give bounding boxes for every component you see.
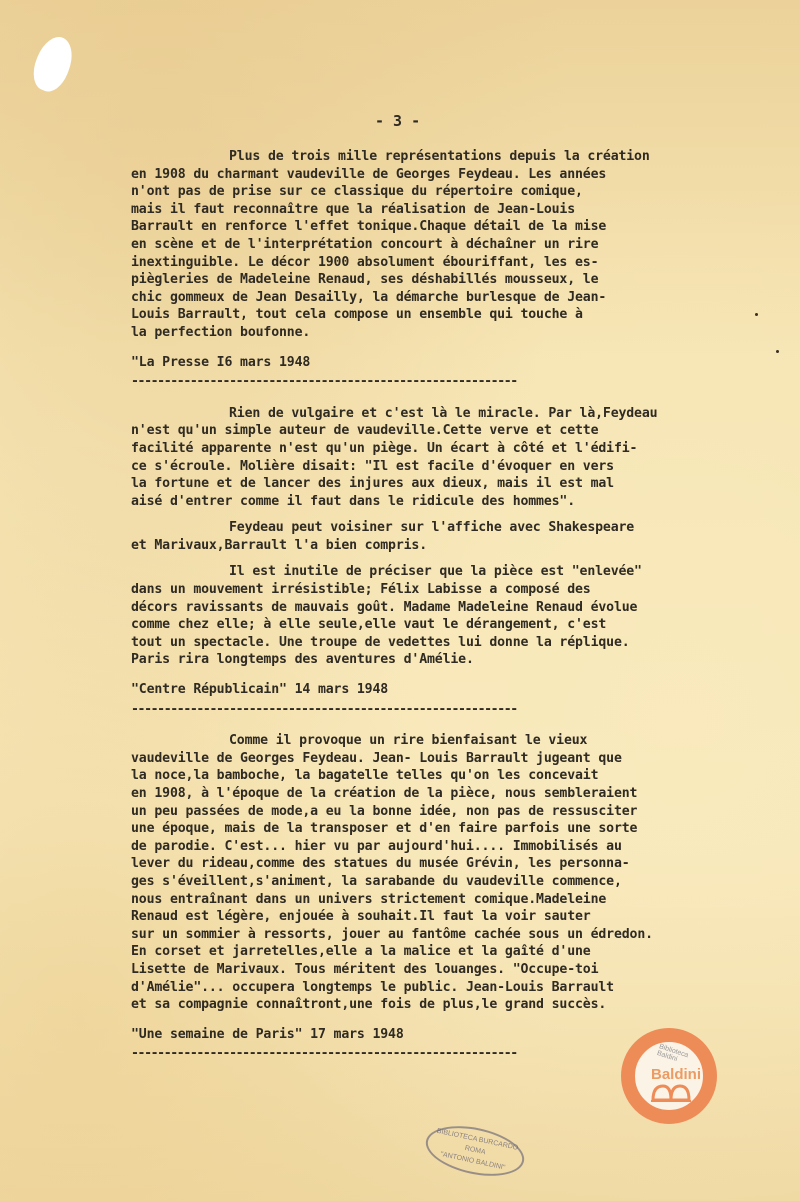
text-line: sur un sommier à ressorts, jouer au fant… bbox=[131, 926, 791, 944]
ink-speck bbox=[776, 350, 779, 353]
text-line: lever du rideau,comme des statues du mus… bbox=[131, 855, 791, 873]
text-line: Comme il provoque un rire bienfaisant le… bbox=[131, 732, 791, 750]
text-line: Lisette de Marivaux. Tous méritent des l… bbox=[131, 961, 791, 979]
text-line: la noce,la bamboche, la bagatelle telles… bbox=[131, 767, 791, 785]
text-line: la fortune et de lancer des injures aux … bbox=[131, 475, 791, 493]
text-line: vaudeville de Georges Feydeau. Jean- Lou… bbox=[131, 750, 791, 768]
text-line: Paris rira longtemps des aventures d'Amé… bbox=[131, 651, 791, 669]
text-line: la perfection boufonne. bbox=[131, 324, 791, 342]
text-line: n'ont pas de prise sur ce classique du r… bbox=[131, 183, 791, 201]
text-line: nous entraînant dans un univers strictem… bbox=[131, 891, 791, 909]
text-line: décors ravissants de mauvais goût. Madam… bbox=[131, 599, 791, 617]
text-line: Louis Barrault, tout cela compose un ens… bbox=[131, 306, 791, 324]
ink-speck bbox=[755, 313, 758, 316]
text-line: Il est inutile de préciser que la pièce … bbox=[131, 563, 791, 581]
library-oval-stamp: BIBLIOTECA BURCARDO ROMA "ANTONIO BALDIN… bbox=[421, 1118, 528, 1184]
text-line: Feydeau peut voisiner sur l'affiche avec… bbox=[131, 519, 791, 537]
text-line: Barrault en renforce l'effet tonique.Cha… bbox=[131, 218, 791, 236]
page-number: - 3 - bbox=[375, 112, 420, 130]
text-line: mais il faut reconnaître que la réalisat… bbox=[131, 201, 791, 219]
text-line: Rien de vulgaire et c'est là le miracle.… bbox=[131, 405, 791, 423]
text-line: d'Amélie"... occupera longtemps le publi… bbox=[131, 979, 791, 997]
baldini-library-logo: Biblioteca Baldini Baldini bbox=[621, 1028, 717, 1124]
text-line: en scène et de l'interprétation concourt… bbox=[131, 236, 791, 254]
text-line: facilité apparente n'est qu'un piège. Un… bbox=[131, 440, 791, 458]
text-line: piègleries de Madeleine Renaud, ses désh… bbox=[131, 271, 791, 289]
paper-hole bbox=[27, 32, 80, 97]
book-b-icon bbox=[651, 1082, 691, 1102]
separator-rule: ----------------------------------------… bbox=[131, 701, 791, 719]
text-line: inextinguible. Le décor 1900 absolument … bbox=[131, 254, 791, 272]
review-source: "La Presse I6 mars 1948 bbox=[131, 354, 791, 372]
text-line: chic gommeux de Jean Desailly, la démarc… bbox=[131, 289, 791, 307]
text-line: Plus de trois mille représentations depu… bbox=[131, 148, 791, 166]
review-la-presse: Plus de trois mille représentations depu… bbox=[131, 148, 791, 391]
text-line: de parodie. C'est... hier vu par aujourd… bbox=[131, 838, 791, 856]
text-line: un peu passées de mode,a eu la bonne idé… bbox=[131, 803, 791, 821]
document-page: - 3 - Plus de trois mille représentation… bbox=[0, 0, 800, 1201]
text-line: ce s'écroule. Molière disait: "Il est fa… bbox=[131, 458, 791, 476]
text-line: ges s'éveillent,s'animent, la sarabande … bbox=[131, 873, 791, 891]
review-une-semaine-de-paris: Comme il provoque un rire bienfaisant le… bbox=[131, 732, 791, 1063]
document-body: Plus de trois mille représentations depu… bbox=[131, 148, 791, 1063]
text-line: En corset et jarretelles,elle a la malic… bbox=[131, 943, 791, 961]
text-line: une époque, mais de la transposer et d'e… bbox=[131, 820, 791, 838]
text-line: aisé d'entrer comme il faut dans le ridi… bbox=[131, 493, 791, 511]
logo-wordmark: Baldini bbox=[651, 1066, 701, 1083]
review-source: "Centre Républicain" 14 mars 1948 bbox=[131, 681, 791, 699]
review-centre-republicain: Rien de vulgaire et c'est là le miracle.… bbox=[131, 405, 791, 719]
separator-rule: ----------------------------------------… bbox=[131, 373, 791, 391]
text-line: tout un spectacle. Une troupe de vedette… bbox=[131, 634, 791, 652]
text-line: dans un mouvement irrésistible; Félix La… bbox=[131, 581, 791, 599]
text-line: en 1908 du charmant vaudeville de George… bbox=[131, 166, 791, 184]
text-line: Renaud est légère, enjouée à souhait.Il … bbox=[131, 908, 791, 926]
text-line: comme chez elle; à elle seule,elle vaut … bbox=[131, 616, 791, 634]
text-line: n'est qu'un simple auteur de vaudeville.… bbox=[131, 422, 791, 440]
text-line: et sa compagnie connaîtront,une fois de … bbox=[131, 996, 791, 1014]
text-line: et Marivaux,Barrault l'a bien compris. bbox=[131, 537, 791, 555]
text-line: en 1908, à l'époque de la création de la… bbox=[131, 785, 791, 803]
